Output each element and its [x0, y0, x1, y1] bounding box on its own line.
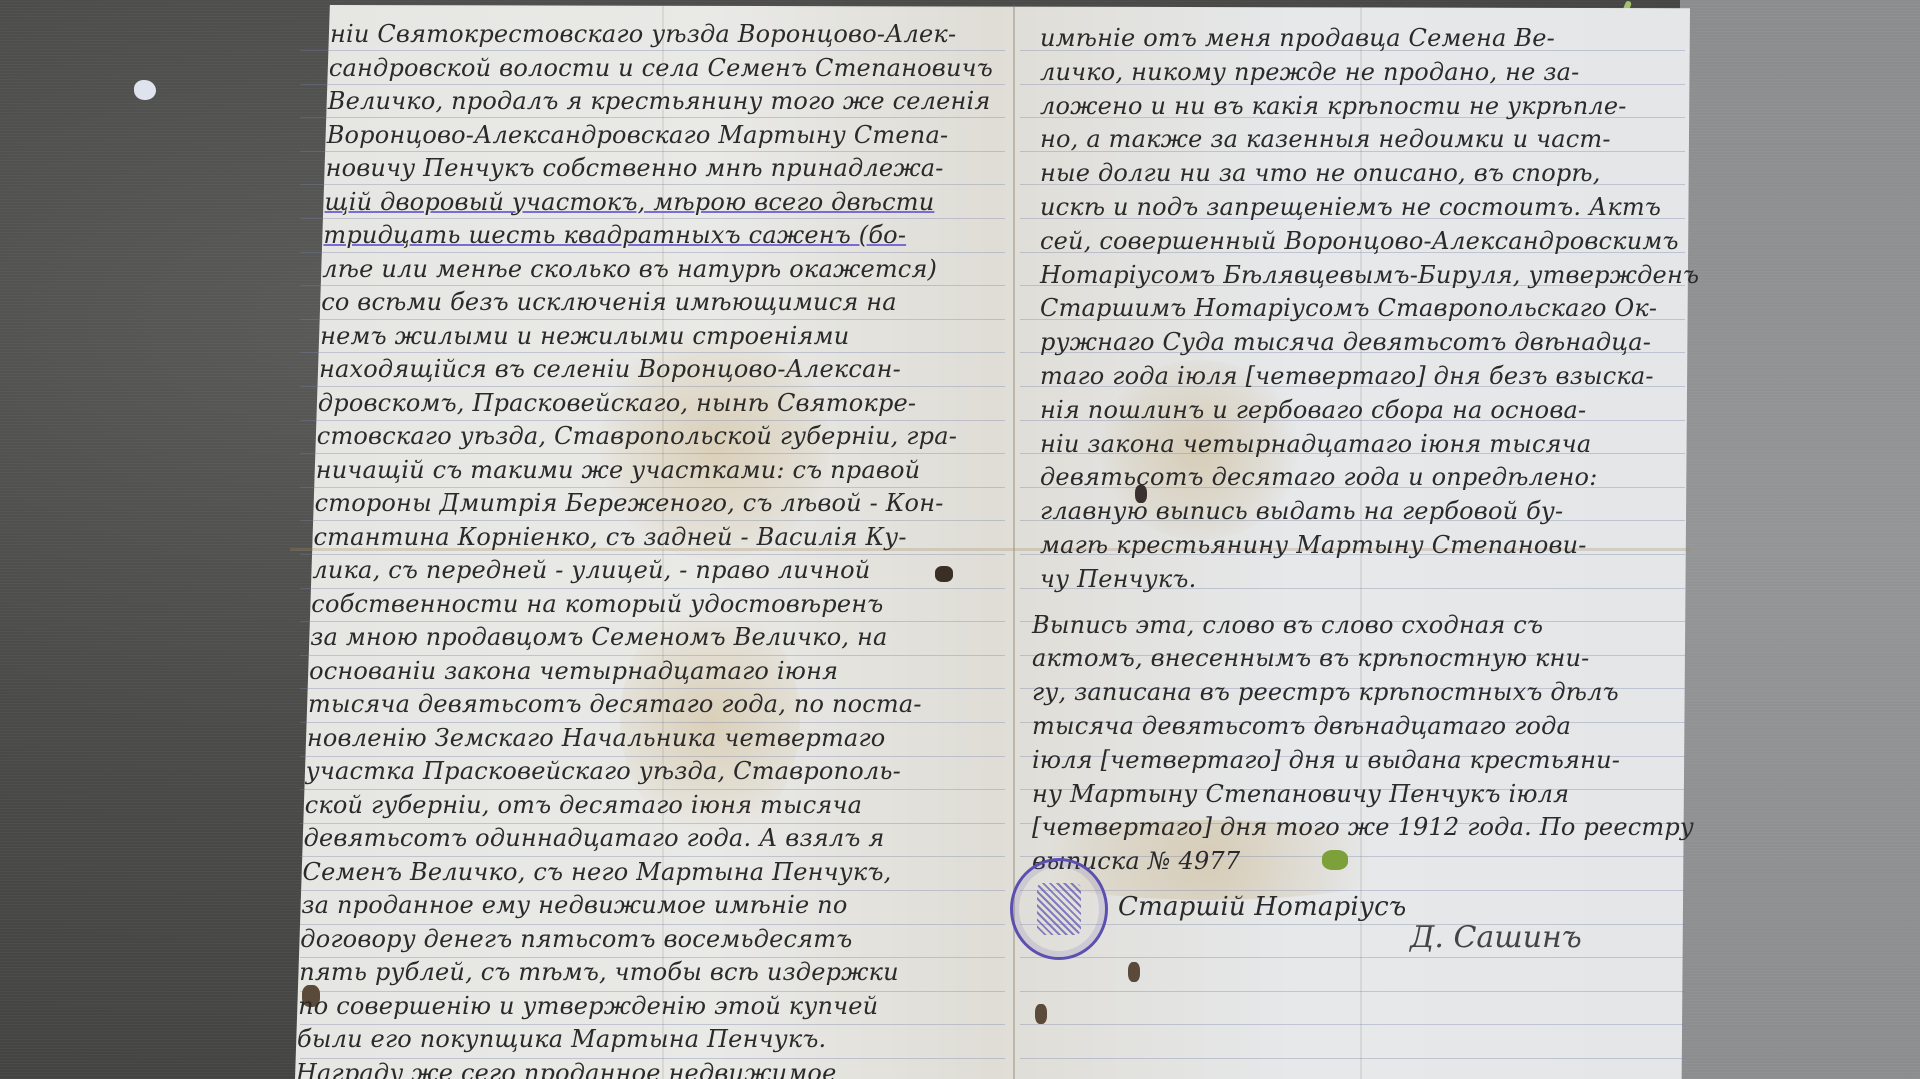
- handwritten-line: участка Прасковейскаго уѣзда, Ставрополь…: [306, 757, 901, 785]
- ruled-line: [300, 218, 1005, 219]
- handwritten-line: іюля [четвертаго] дня и выдана крестьяни…: [1032, 746, 1620, 774]
- handwritten-line: Нотаріусомъ Бѣлявцевымъ-Бируля, утвержде…: [1040, 261, 1699, 289]
- handwritten-line: Старшимъ Нотаріусомъ Ставропольскаго Ок-: [1040, 294, 1657, 322]
- handwritten-line: девятьсотъ одиннадцатаго года. А взялъ я: [304, 824, 885, 852]
- pebble: [134, 80, 156, 100]
- handwritten-line: ну Мартыну Степановичу Пенчукъ іюля: [1032, 780, 1569, 808]
- ruled-line: [300, 352, 1005, 353]
- ruled-line: [300, 285, 1005, 286]
- ruled-line: [300, 621, 1005, 622]
- handwritten-line: актомъ, внесеннымъ въ крѣпостную кни-: [1032, 644, 1589, 672]
- handwritten-line: ской губерніи, отъ десятаго іюня тысяча: [305, 791, 862, 819]
- handwritten-line: но, а также за казенныя недоимки и част-: [1040, 125, 1611, 153]
- handwritten-line: по совершенію и утвержденію этой купчей: [298, 992, 878, 1020]
- handwritten-line: сандровской волости и села Семенъ Степан…: [329, 54, 993, 82]
- ruled-line: [1020, 1058, 1685, 1059]
- handwritten-line: Величко, продалъ я крестьянину того же с…: [328, 87, 991, 115]
- handwritten-line: пять рублей, съ тѣмъ, чтобы всѣ издержки: [299, 958, 899, 986]
- handwritten-line: основаніи закона четырнадцатаго іюня: [309, 657, 838, 685]
- handwritten-line: стовскаго уѣзда, Ставропольской губерніи…: [317, 422, 957, 450]
- stamp-emblem-icon: [1037, 883, 1081, 935]
- ruled-line: [300, 520, 1005, 521]
- handwritten-line: сей, совершенный Воронцово-Александровск…: [1040, 227, 1679, 255]
- notary-signature: Д. Сашинъ: [1410, 920, 1582, 955]
- handwritten-line: за мною продавцомъ Семеномъ Величко, на: [310, 623, 887, 651]
- ruled-line: [300, 184, 1005, 185]
- ruled-line: [300, 688, 1005, 689]
- ink-spot: [1128, 962, 1140, 982]
- handwritten-line: Награду же сего проданное недвижимое: [296, 1059, 837, 1079]
- ruled-line: [300, 453, 1005, 454]
- ruled-line: [300, 151, 1005, 152]
- handwritten-line: новленію Земскаго Начальника четвертаго: [307, 724, 886, 752]
- handwritten-line: собственности на который удостовѣренъ: [311, 590, 883, 618]
- handwritten-line: ложено и ни въ какія крѣпости не укрѣпле…: [1040, 92, 1627, 120]
- notary-stamp: [1010, 858, 1108, 960]
- handwritten-line: искѣ и подъ запрещеніемъ не состоитъ. Ак…: [1040, 193, 1661, 221]
- notary-title: Старшій Нотаріусъ: [1118, 892, 1406, 922]
- ruled-line: [300, 50, 1005, 51]
- paper-hole: [1322, 850, 1348, 870]
- ruled-line: [1020, 890, 1685, 891]
- handwritten-line: за проданное ему недвижимое имѣніе по: [301, 891, 847, 919]
- handwritten-line: ніи закона четырнадцатаго іюня тысяча: [1040, 430, 1591, 458]
- handwritten-line: гу, записана въ реестръ крѣпостныхъ дѣлъ: [1032, 678, 1619, 706]
- handwritten-line: стороны Дмитрія Береженого, съ лѣвой - К…: [315, 489, 944, 517]
- handwritten-line: тысяча девятьсотъ двѣнадцатаго года: [1032, 712, 1571, 740]
- handwritten-line: [четвертаго] дня того же 1912 года. По р…: [1032, 813, 1694, 841]
- handwritten-line: новичу Пенчукъ собственно мнѣ принадлежа…: [326, 154, 944, 182]
- handwritten-line: таго года іюля [четвертаго] дня безъ взы…: [1040, 362, 1654, 390]
- handwritten-line: Выпись эта, слово въ слово сходная съ: [1032, 611, 1543, 639]
- handwritten-line: договору денегъ пятьсотъ восемьдесятъ: [300, 925, 852, 953]
- handwritten-line: Семенъ Величко, съ него Мартына Пенчукъ,: [303, 858, 892, 886]
- ruled-line: [300, 117, 1005, 118]
- ruled-line: [300, 487, 1005, 488]
- ruled-line: [300, 420, 1005, 421]
- paper-hole: [935, 566, 953, 582]
- ruled-line: [1020, 924, 1685, 925]
- handwritten-line: ніи Святокрестовскаго уѣзда Воронцово-Ал…: [330, 20, 956, 48]
- handwritten-line: магѣ крестьянину Мартыну Степанови-: [1040, 531, 1587, 559]
- handwritten-line: чу Пенчукъ.: [1040, 565, 1196, 593]
- handwritten-line: тысяча девятьсотъ десятаго года, по пост…: [308, 690, 922, 718]
- ink-spot: [1035, 1004, 1047, 1024]
- handwritten-line: немъ жилыми и нежилыми строеніями: [320, 322, 849, 350]
- handwritten-line: стантина Корніенко, съ задней - Василія …: [314, 523, 907, 551]
- handwritten-line: щій дворовый участокъ, мѣрою всего двѣст…: [325, 188, 935, 216]
- handwritten-line: лика, съ передней - улицей, - право личн…: [312, 556, 870, 584]
- ruled-line: [1020, 1024, 1685, 1025]
- handwritten-line: лѣе или менѣе сколько въ натурѣ окажется…: [322, 255, 937, 283]
- ruled-line: [1020, 957, 1685, 958]
- ruled-line: [1020, 991, 1685, 992]
- handwritten-line: находящійся въ селеніи Воронцово-Алексан…: [319, 355, 901, 383]
- handwritten-line: были его покупщика Мартына Пенчукъ.: [297, 1025, 826, 1053]
- ruled-line: [300, 84, 1005, 85]
- handwritten-line: дровскомъ, Прасковейскаго, нынѣ Святокре…: [318, 389, 916, 417]
- handwritten-line: ружнаго Суда тысяча девятьсотъ двѣнадца-: [1040, 328, 1651, 356]
- handwritten-line: Воронцово-Александровскаго Мартыну Степа…: [327, 121, 949, 149]
- ruled-line: [300, 554, 1005, 555]
- handwritten-line: ничащій съ такими же участками: съ право…: [316, 456, 921, 484]
- handwritten-line: ные долги ни за что не описано, въ спорѣ…: [1040, 159, 1601, 187]
- handwritten-line: нія пошлинъ и гербоваго сбора на основа-: [1040, 396, 1586, 424]
- ruled-line: [300, 386, 1005, 387]
- handwritten-line: девятьсотъ десятаго года и опредѣлено:: [1040, 463, 1598, 491]
- handwritten-line: имѣніе отъ меня продавца Семена Ве-: [1040, 24, 1555, 52]
- handwritten-line: личко, никому прежде не продано, не за-: [1040, 58, 1579, 86]
- handwritten-line: главную выпись выдать на гербовой бу-: [1040, 497, 1563, 525]
- ruled-line: [300, 252, 1005, 253]
- handwritten-line: тридцать шесть квадратныхъ саженъ (бо-: [323, 221, 906, 249]
- ruled-line: [300, 319, 1005, 320]
- handwritten-line: со всѣми безъ исключенія имѣющимися на: [321, 288, 897, 316]
- background-surface-right: [1680, 0, 1920, 1079]
